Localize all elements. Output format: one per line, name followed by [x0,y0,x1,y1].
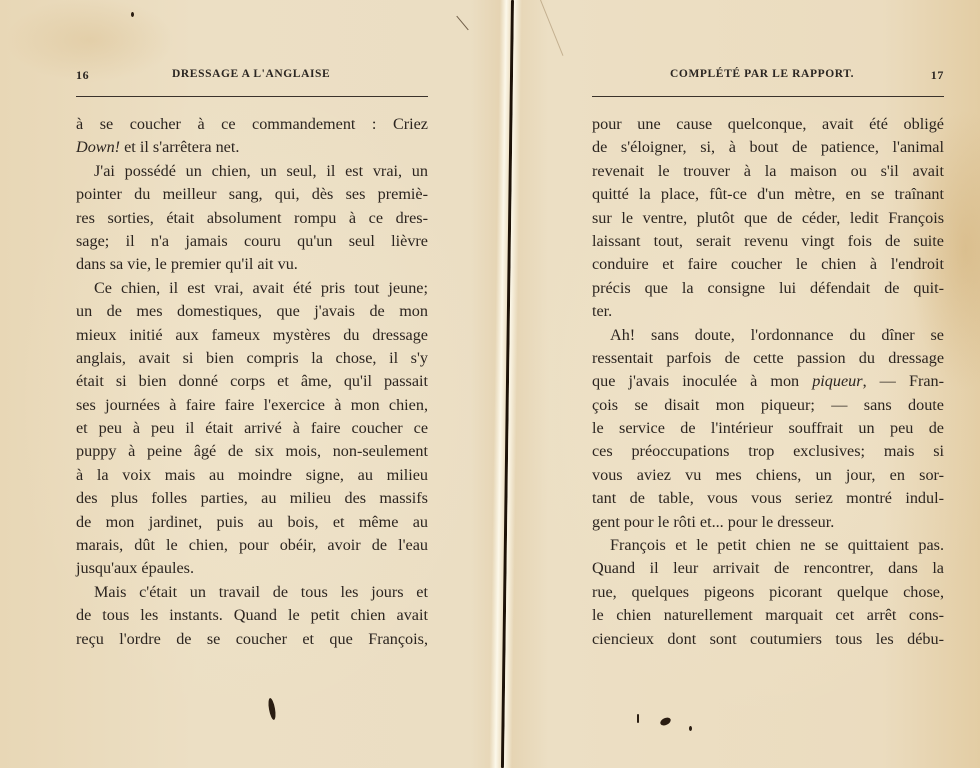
header-rule [76,96,428,97]
text-line: çois se disait mon piqueur; — sans doute [592,394,944,417]
text-line: des plus folles parties, au milieu des m… [76,487,428,510]
text-line: sur le ventre, plutôt que de céder, ledi… [592,207,944,230]
text-line: que j'avais inoculée à mon piqueur, — Fr… [592,370,944,393]
text-line: ciencieux dont sont coutumiers tous les … [592,628,944,651]
text-line: ressentait parfois de cette passion du d… [592,347,944,370]
text-line: sage; il n'a jamais couru qu'un seul liè… [76,230,428,253]
left-page-body: à se coucher à ce commandement : CriezDo… [76,113,428,651]
page-number: 17 [931,68,944,83]
text-line: François et le petit chien ne se quittai… [592,534,944,557]
text-line: jusqu'aux épaules. [76,557,428,580]
page-crease [456,16,468,30]
text-line: ses journées à faire faire l'exercice à … [76,394,428,417]
text-line: à la voix mais au moindre signe, au mili… [76,464,428,487]
text-line: pointer du meilleur sang, qui, dès ses p… [76,183,428,206]
text-line: revenait le trouver à la maison ou s'il … [592,160,944,183]
text-line: puppy à peine âgé de six mois, non-seule… [76,440,428,463]
text-line: marais, dût le chien, pour obéir, avoir … [76,534,428,557]
text-line: précis que la consigne lui défendait de … [592,277,944,300]
text-line: res sorties, était absolument rompu à ce… [76,207,428,230]
text-line: ces préoccupations trop exclusives; mais… [592,440,944,463]
text-line: gent pour le rôti et... pour le dresseur… [592,511,944,534]
text-line: dans sa vie, le premier qu'il ait vu. [76,253,428,276]
left-page: 16 DRESSAGE A L'ANGLAISE à se coucher à … [76,0,428,768]
text-line: de mon jardinet, puis au bois, et même a… [76,511,428,534]
text-line: ter. [592,300,944,323]
text-line: Ah! sans doute, l'ordonnance du dîner se [592,324,944,347]
running-header: DRESSAGE A L'ANGLAISE [76,68,338,80]
text-line: rue, quelques pigeons picorant quelque c… [592,581,944,604]
text-line: Mais c'était un travail de tous les jour… [76,581,428,604]
text-line: et peu à peu il était arrivé à faire cou… [76,417,428,440]
left-page-header: 16 DRESSAGE A L'ANGLAISE [76,68,428,84]
text-line: anglais, avait si bien compris la chose,… [76,347,428,370]
text-line: conduire et faire coucher le chien à l'e… [592,253,944,276]
text-line: un de mes domestiques, que j'avais de mo… [76,300,428,323]
text-line: le chien naturellement marquait cet arrê… [592,604,944,627]
text-line: était si bien donné corps et âme, qu'il … [76,370,428,393]
text-line: mieux initié aux fameux mystères du dres… [76,324,428,347]
text-line: le service de l'intérieur souffrait un p… [592,417,944,440]
text-line: Ce chien, il est vrai, avait été pris to… [76,277,428,300]
text-line: à se coucher à ce commandement : Criez [76,113,428,136]
text-line: de s'éloigner, si, à bout de patience, l… [592,136,944,159]
text-line: reçu l'ordre de se coucher et que Franço… [76,628,428,651]
right-page: COMPLÉTÉ PAR LE RAPPORT. 17 pour une cau… [592,0,944,768]
text-line: pour une cause quelconque, avait été obl… [592,113,944,136]
page-crease [540,0,563,56]
text-line: Down! et il s'arrêtera net. [76,136,428,159]
header-rule [592,96,944,97]
text-line: tant de table, vous vous seriez montré i… [592,487,944,510]
text-line: vous aviez vu mes chiens, un jour, en so… [592,464,944,487]
text-line: J'ai possédé un chien, un seul, il est v… [76,160,428,183]
text-line: Quand il leur arrivait de rencontrer, da… [592,557,944,580]
text-line: de tous les instants. Quand le petit chi… [76,604,428,627]
text-line: quitté la place, fût-ce d'un mètre, en s… [592,183,944,206]
right-page-header: COMPLÉTÉ PAR LE RAPPORT. 17 [592,68,944,84]
running-header: COMPLÉTÉ PAR LE RAPPORT. [670,68,944,80]
right-page-body: pour une cause quelconque, avait été obl… [592,113,944,651]
text-line: laissant tout, serait revenu vingt fois … [592,230,944,253]
